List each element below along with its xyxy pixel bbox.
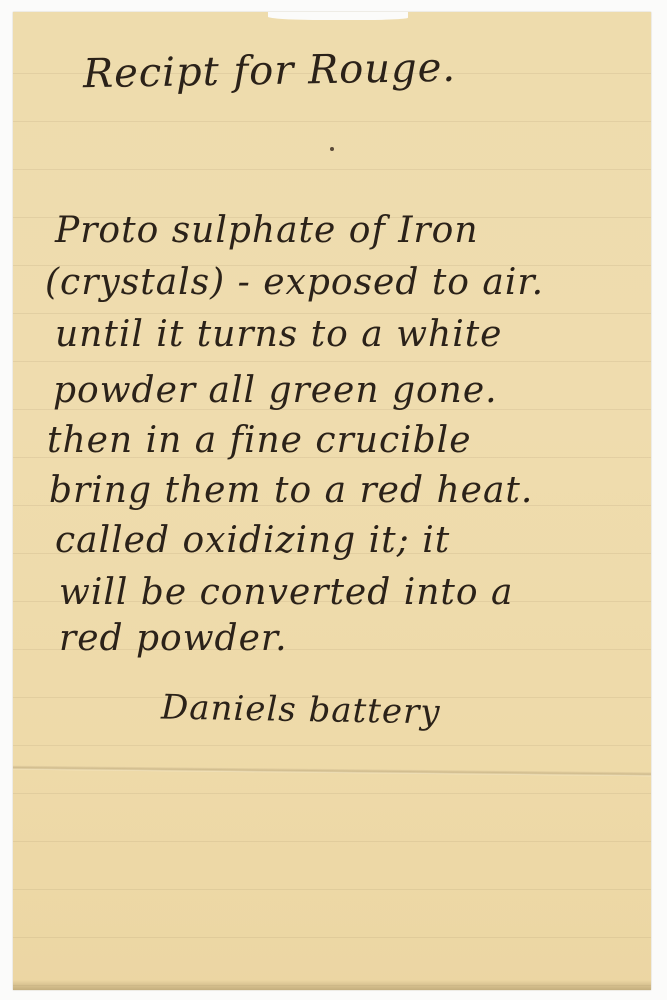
body-line-8: will be converted into a (59, 572, 513, 613)
body-line-5: then in a fine crucible (47, 420, 472, 461)
document-title: Recipt for Rouge. (83, 45, 457, 98)
body-line-4: powder all green gone. (53, 370, 498, 411)
torn-edge (268, 12, 408, 20)
paper-bottom-edge (13, 980, 651, 990)
body-line-3: until it turns to a white (55, 314, 502, 355)
ink-dot (330, 147, 334, 151)
signature: Daniels battery (161, 688, 441, 733)
paper-fold (13, 766, 651, 777)
page-wrap: Recipt for Rouge. Proto sulphate of Iron… (0, 0, 667, 1000)
body-line-7: called oxidizing it; it (55, 520, 450, 561)
body-line-2: (crystals) - exposed to air. (45, 262, 544, 303)
handwritten-letter-paper: Recipt for Rouge. Proto sulphate of Iron… (13, 12, 651, 990)
body-line-9: red powder. (59, 618, 288, 659)
body-line-1: Proto sulphate of Iron (55, 210, 479, 251)
body-line-6: bring them to a red heat. (49, 470, 533, 511)
